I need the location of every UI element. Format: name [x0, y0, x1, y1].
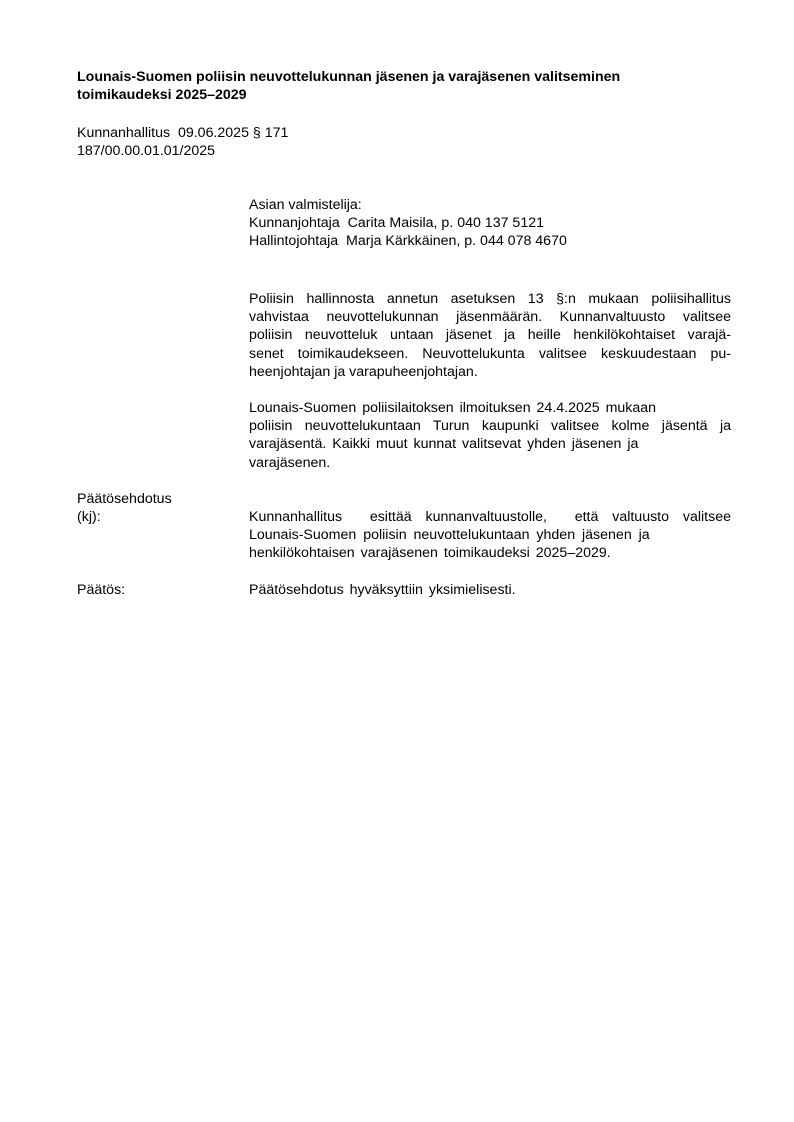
title-line-1: Lounais-Suomen poliisin neuvottelukunnan… — [77, 68, 737, 86]
meeting-info: Kunnanhallitus 09.06.2025 § 171 187/00.0… — [77, 124, 288, 161]
proposal-line-3: henkilökohtaisen varajäsenen toimikaudek… — [249, 544, 731, 562]
proposal-line-1: Kunnanhallitus esittää kunnanvaltuustoll… — [249, 508, 731, 526]
paragraph-1-line-2: vahvistaa neuvottelukunnan jäsenmäärän. … — [249, 308, 731, 326]
proposal-label: Päätösehdotus (kj): — [77, 490, 172, 526]
proposal-label-line-2: (kj): — [77, 508, 172, 526]
preparer-line-1: Kunnanjohtaja Carita Maisila, p. 040 137… — [249, 214, 731, 232]
paragraph-1-line-4: senet toimikaudekseen. Neuvottelukunta v… — [249, 345, 731, 363]
proposal-line-2: Lounais-Suomen poliisin neuvottelukuntaa… — [249, 526, 731, 544]
paragraph-2-line-2: poliisin neuvottelukuntaan Turun kaupunk… — [249, 417, 731, 435]
preparer-line-2: Hallintojohtaja Marja Kärkkäinen, p. 044… — [249, 232, 731, 250]
preparer-block: Asian valmistelija: Kunnanjohtaja Carita… — [249, 196, 731, 251]
proposal-label-line-1: Päätösehdotus — [77, 490, 172, 508]
decision-label-text: Päätös: — [77, 581, 125, 599]
decision-text: Päätösehdotus hyväksyttiin yksimielisest… — [249, 581, 731, 599]
title-line-2: toimikaudeksi 2025–2029 — [77, 86, 737, 104]
decision-label: Päätös: — [77, 581, 125, 599]
record-number: 187/00.00.01.01/2025 — [77, 142, 288, 160]
paragraph-1: Poliisin hallinnosta annetun asetuksen 1… — [249, 290, 731, 381]
paragraph-2-line-4: varajäsenen. — [249, 454, 731, 472]
document-title: Lounais-Suomen poliisin neuvottelukunnan… — [77, 68, 737, 105]
paragraph-2-line-1: Lounais-Suomen poliisilaitoksen ilmoituk… — [249, 399, 731, 417]
paragraph-1-line-5: heenjohtajan ja varapuheenjohtajan. — [249, 363, 731, 381]
paragraph-1-line-3: poliisin neuvotteluk untaan jäsenet ja h… — [249, 326, 731, 344]
paragraph-1-line-1: Poliisin hallinnosta annetun asetuksen 1… — [249, 290, 731, 308]
paragraph-2: Lounais-Suomen poliisilaitoksen ilmoituk… — [249, 399, 731, 472]
proposal-text: Kunnanhallitus esittää kunnanvaltuustoll… — [249, 508, 731, 563]
preparer-heading: Asian valmistelija: — [249, 196, 731, 214]
decision-text-line: Päätösehdotus hyväksyttiin yksimielisest… — [249, 581, 731, 599]
paragraph-2-line-3: varajäsentä. Kaikki muut kunnat valitsev… — [249, 435, 731, 453]
meeting-reference: Kunnanhallitus 09.06.2025 § 171 — [77, 124, 288, 142]
